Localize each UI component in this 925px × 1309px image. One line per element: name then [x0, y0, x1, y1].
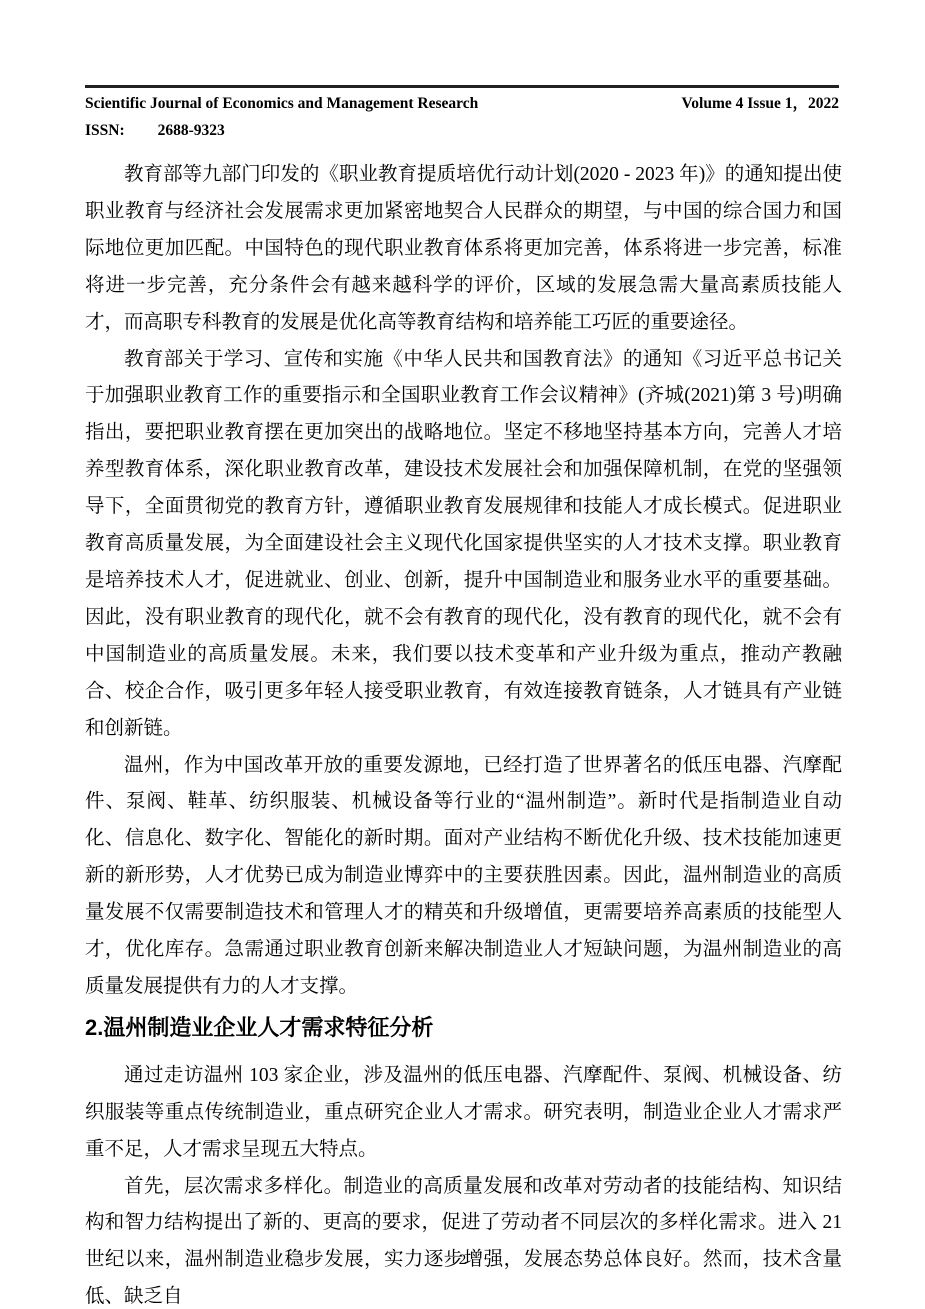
document-page: Scientific Journal of Economics and Mana… — [0, 0, 925, 1309]
journal-title: Scientific Journal of Economics and Mana… — [85, 95, 478, 113]
header-title-row: Scientific Journal of Economics and Mana… — [85, 95, 839, 113]
issn-value: 2688-9323 — [158, 122, 225, 139]
paragraph-first-feature: 首先，层次需求多样化。制造业的高质量发展和改革对劳动者的技能结构、知识结构和智力… — [85, 1169, 842, 1309]
article-body: 教育部等九部门印发的《职业教育提质培优行动计划(2020 - 2023 年)》的… — [85, 157, 842, 1309]
issn-label: ISSN: — [85, 122, 125, 139]
page-header: Scientific Journal of Economics and Mana… — [85, 85, 839, 140]
paragraph-policy-plan: 教育部等九部门印发的《职业教育提质培优行动计划(2020 - 2023 年)》的… — [85, 157, 842, 342]
paragraph-survey-overview: 通过走访温州 103 家企业，涉及温州的低压电器、汽摩配件、泵阀、机械设备、纺织… — [85, 1058, 842, 1169]
issn-row: ISSN:2688-9323 — [85, 122, 839, 140]
header-divider — [85, 85, 839, 88]
paragraph-education-law: 教育部关于学习、宣传和实施《中华人民共和国教育法》的通知《习近平总书记关于加强职… — [85, 342, 842, 748]
page-footer: 2 — [0, 1250, 925, 1270]
volume-issue: Volume 4 Issue 1，2022 — [682, 95, 839, 113]
page-number: 2 — [459, 1252, 467, 1268]
paragraph-wenzhou-manufacturing: 温州，作为中国改革开放的重要发源地，已经打造了世界著名的低压电器、汽摩配件、泵阀… — [85, 748, 842, 1006]
section-heading: 2.温州制造业企业人才需求特征分析 — [85, 1008, 842, 1048]
